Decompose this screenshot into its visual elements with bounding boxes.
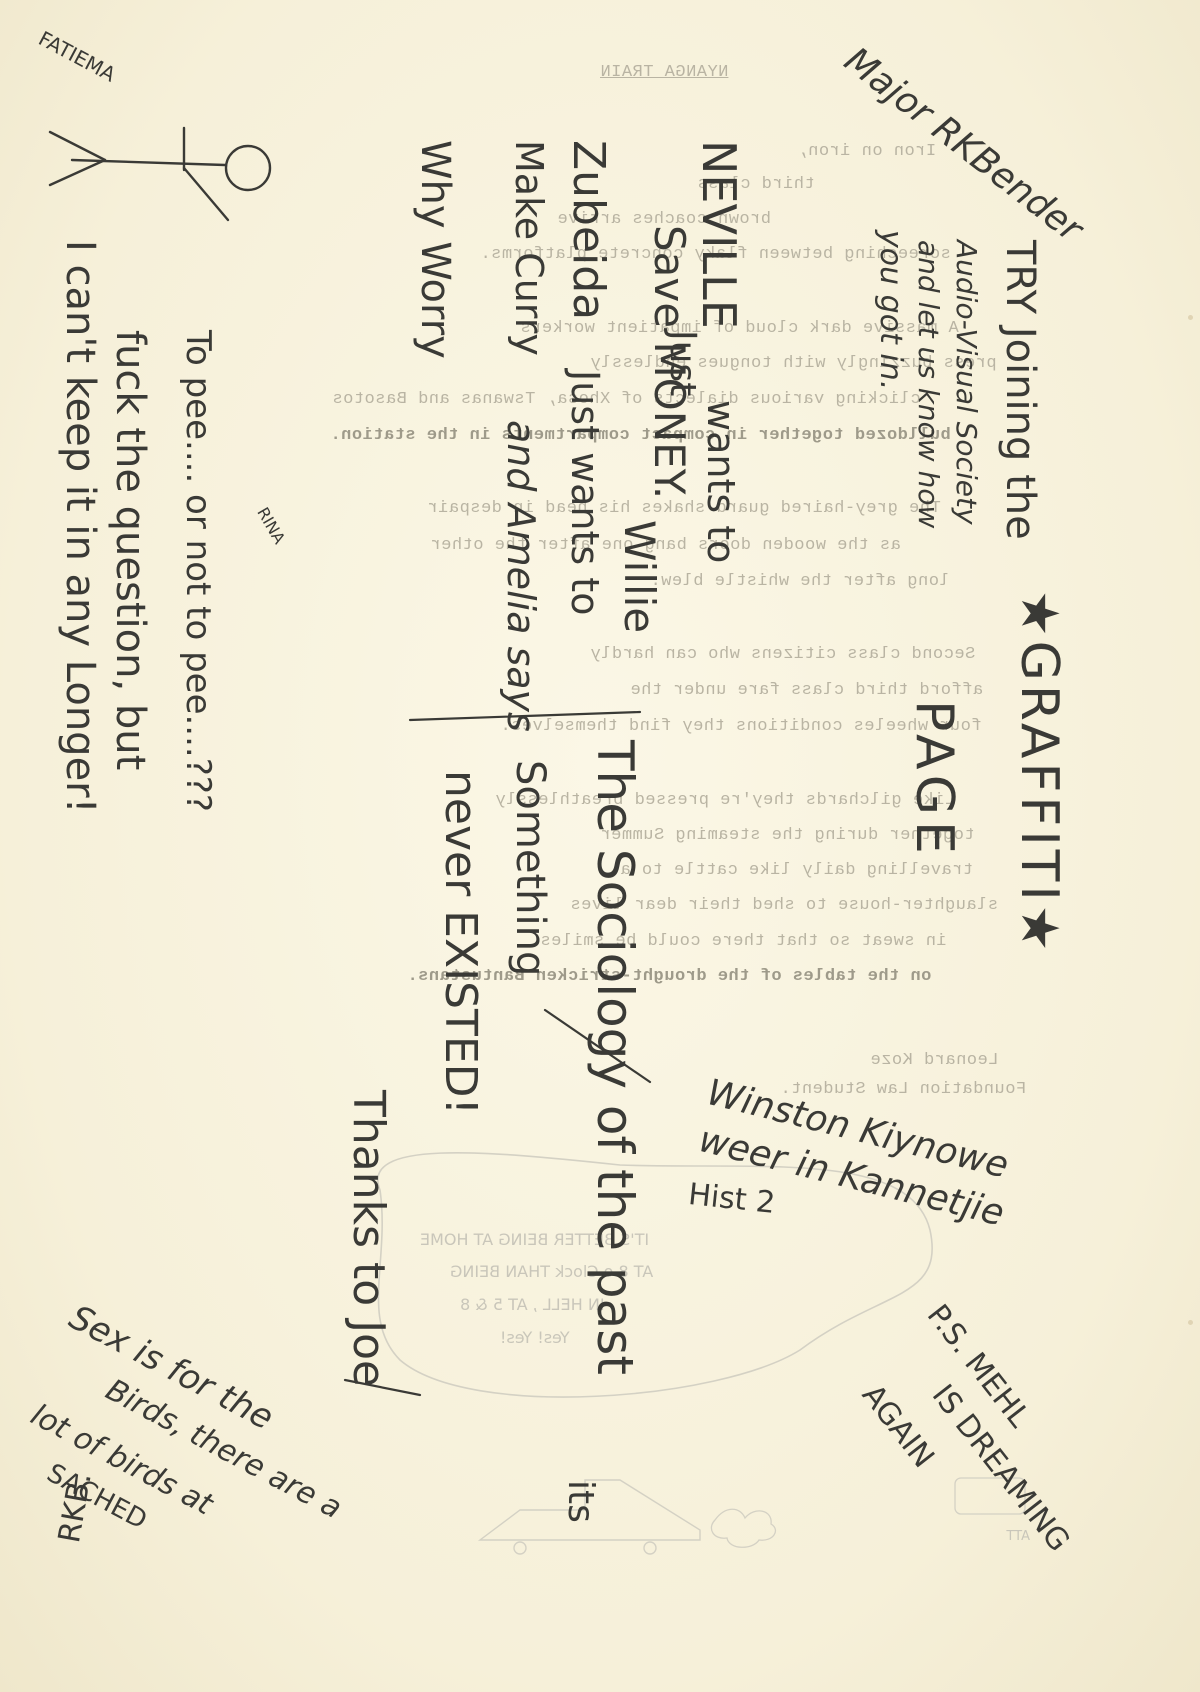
- faint-sketch-text: Yes! Yes!: [500, 1330, 570, 1346]
- poem-title: NYANGA TRAIN: [600, 64, 728, 81]
- poem-line: Iron on iron,: [797, 143, 936, 160]
- poem-author: Leonard Koze: [870, 1052, 998, 1069]
- graffiti-and-let-us: and let us know how: [914, 240, 942, 528]
- graffiti-and-amelia: and Amelia says: [502, 420, 540, 732]
- graffiti-fatiema: FATIEMA: [36, 28, 119, 85]
- graffiti-to-pee: To pee.... or not to pee....???: [181, 330, 215, 812]
- graffiti-try-joining: TRY Joining the: [1000, 240, 1040, 540]
- graffiti-audio-visual: Audio-Visual Society: [952, 240, 980, 525]
- punch-hole: [1188, 1320, 1193, 1325]
- graffiti-its: its: [562, 1480, 598, 1523]
- graffiti-rina: RINA: [254, 505, 287, 547]
- graffiti-again: AGAIN: [856, 1380, 938, 1473]
- graffiti-signature: RKB.: [55, 1470, 97, 1545]
- faint-sketch-text: IN HELL , AT 5 & 8: [460, 1297, 605, 1313]
- graffiti-zubeida: Zubeida: [566, 140, 610, 320]
- graffiti-fuck-the-question: fuck the question, but: [110, 330, 150, 770]
- graffiti-cant-keep: I can't keep it in any Longer!: [60, 240, 100, 814]
- graffiti-you-got-in: you got in.: [875, 230, 905, 390]
- poem-author-title: Foundation Law Student.: [780, 1081, 1026, 1098]
- graffiti-just: Just: [664, 330, 700, 396]
- graffiti-graffiti-label: ★GRAFFITI★: [1013, 590, 1065, 955]
- poem-line: clicking various dialects of Xhosa, Tswa…: [332, 391, 921, 408]
- graffiti-thanks-to-joe: Thanks to Joe: [346, 1090, 390, 1387]
- graffiti-never-existed: never EXISTED!: [438, 770, 482, 1115]
- graffiti-willie: Willie: [618, 520, 660, 633]
- punch-hole: [1188, 315, 1193, 320]
- graffiti-hist: Hist 2: [687, 1180, 777, 1219]
- graffiti-why-worry: Why Worry: [415, 140, 455, 359]
- scanned-page: NYANGA TRAIN Iron on iron, third class b…: [0, 0, 1200, 1692]
- graffiti-neville-wants: wants to: [702, 400, 740, 563]
- poem-line: bulldozed together in compact compartmen…: [330, 427, 951, 444]
- graffiti-the-sociology: The Sociology of the past: [590, 740, 640, 1375]
- poem-line: long after the whistle blew.: [650, 573, 950, 590]
- graffiti-just-wants-to: Just wants to: [566, 370, 604, 615]
- poem-line: Second class citizens who can hardly: [590, 646, 975, 663]
- graffiti-neville: NEVILLE: [696, 140, 742, 329]
- poem-line: travelling daily like cattle to a: [620, 862, 973, 879]
- graffiti-make-curry: Make Curry: [510, 140, 548, 356]
- poem-line: afford third class fare under the: [630, 682, 983, 699]
- graffiti-page-label: PAGE: [908, 700, 960, 860]
- faint-sketch-corner: ATT: [1006, 1530, 1030, 1543]
- graffiti-something: Something: [510, 760, 550, 976]
- poem-line: Like gilchards they're pressed breathles…: [495, 792, 955, 809]
